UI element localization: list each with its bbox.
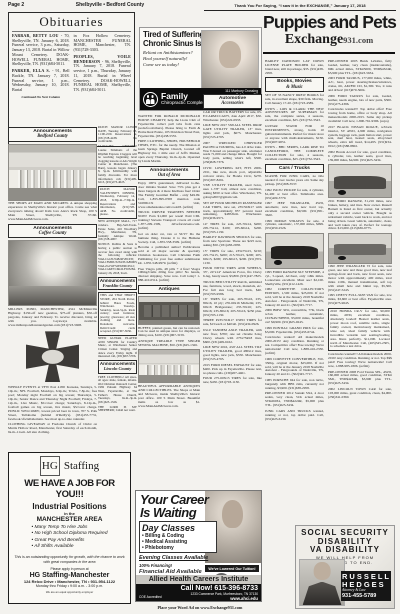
classified-item: SET OF 33 NANCY DREW BOOKS for sale, in … (265, 94, 324, 106)
ahci-headline-2: Is Waiting (140, 505, 196, 520)
section-header-line2: Accessories (205, 101, 261, 106)
classified-item: HARLEY DAVIDSON LAY DOWN LICENSE PLATE H… (265, 60, 324, 76)
hg-headline: WE HAVE A JOB FOR YOU!!! (13, 478, 126, 500)
classified-item: 2010 HONDA CR-V for sale, 90,000 miles, … (328, 308, 392, 352)
hedges-name-box: RUSSELL HEDGES Attorney At Law 931-455-5… (341, 571, 391, 601)
attorney-photo (299, 559, 345, 606)
classified-item: FREE CLOTHING, SHOES, HOUSEHOLD ITEMS, E… (138, 140, 200, 164)
ahci-class-list: • Billing & Coding• Medical Assisting• P… (142, 533, 214, 551)
classified-item: Got an older car, van or SUV? Do the hum… (138, 233, 200, 245)
classified-item: Enjoy 100% guaranteed, delivered to-the-… (138, 182, 200, 210)
classified-item: GUITAR STAND FOR 10 INSTRUMENTS, strong,… (265, 125, 324, 145)
classified-item: PRE-OWNED 2008 Ford Taurus SEL, AWD, 160… (328, 371, 392, 387)
masthead-title-block: Puppies and Pets Exchange931.com (263, 13, 395, 54)
classified-item: WANTED FOR RONALD MCDONALD HOUSE CHARITY… (138, 115, 200, 139)
section-header-line2: Lincoln County (100, 367, 136, 372)
section-header-antiques: Antiques (138, 285, 200, 294)
hg-apply-line: Please apply in person at (13, 567, 126, 571)
classified-item: SET OF FOUR MICHELIN PASSENGER CAR TIRES… (203, 202, 262, 222)
hg-positions: Industrial Positions (13, 502, 126, 511)
section-header-line2: Bedford County (10, 134, 96, 139)
section-header-cars-trucks: Cars / Trucks (265, 164, 324, 173)
col-3: WANTED FOR RONALD MCDONALD HOUSE CHARITY… (138, 115, 200, 410)
hg-logo: HG (40, 456, 60, 476)
classified-item: MILLERS POND, MANCHESTER, 4541 McMinnvil… (8, 308, 97, 328)
classified-item: 1990 JEEP WRANGLER TJ for sale, runs gre… (328, 265, 392, 293)
col-1: AnnouncementsBedford CountyTHE SHOPS AT … (8, 126, 97, 437)
hg-logo-row: HG Staffing (13, 456, 126, 476)
classified-item: $CASH$ FOR JUNK CARS, no title needed if… (265, 175, 324, 187)
classified-item: ANTIQUE TREADLE TYPE SINGER SEWING MACHI… (138, 340, 200, 348)
classified-item: FOUR 275-60X15 TIRES for sale, like new,… (203, 377, 262, 385)
classified-item: PRE-OWNED 2012 Suzuki SX4, 4 door sedan,… (265, 392, 324, 408)
classified-item: PATCH MANOR LUNCH DATE, Tuesday, Februar… (98, 126, 137, 144)
classified-item: 5'X8' UTILITY TRAILER, used twice, uses … (203, 184, 262, 200)
classified-item: 1969 CORVETTE CONVERTIBLE, 350-350hp, or… (265, 358, 324, 378)
hedges-phone: 931-455-5789 (342, 593, 390, 599)
classified-item: 2017 BLACK NISSAN ROGUE, w/black interio… (328, 126, 392, 150)
classified-item: THE SHOPS AT MAIN AND MCGREW. A unique s… (8, 202, 97, 222)
section-header-announcements-coffee: AnnouncementsCoffee County (8, 224, 97, 239)
classified-item: 1999 DODGE STRATUS for sale, 4 cylinder,… (265, 220, 324, 232)
classified-item: 2002 LINCOLN TOWN CAR for sale, 103,000 … (328, 388, 392, 400)
ahci-tuition-tab: We've Lowered Our Tuition! (205, 565, 259, 572)
ahci-class-item: • Phlebotomy (142, 545, 214, 551)
hg-company-name: HG Staffing-Manchester (13, 572, 126, 579)
obituary-entry: FARRAR, BETTY LOU - 70, Shelbyville, TN.… (12, 34, 70, 67)
photo-main-mcgrew-building (8, 144, 97, 201)
photo-millers-pond (8, 240, 97, 306)
sinus-sufferer-photo (201, 30, 259, 90)
classified-item: DVD'S - BBC SERIES, LARK RISE TO CANDLEF… (265, 146, 324, 162)
ahci-school-name: Allied Health Careers Institute (136, 575, 261, 584)
classified-item: Become a published author! Publications … (138, 246, 200, 266)
hg-bullet-list: • Many Temp To Hire Jobs• No High School… (31, 525, 107, 551)
word-ad-footer: Place your Word Ad on www.Exchange931.co… (130, 605, 270, 610)
page-number: Page 2 (8, 2, 24, 8)
photo-ford-ranger-1995 (265, 233, 324, 269)
section-header-announcements-bedford: AnnouncementsBedford County (8, 127, 97, 142)
section-title: Puppies and Pets (263, 13, 395, 32)
classified-item: THE LORD IS MY SHEPHERD; I shall not wan… (98, 406, 137, 413)
ad-sub-line1: Reliant on Antihistamines? (143, 50, 193, 55)
classified-item: WEEKLY EVENTS at VFW Post 4180: Karaoke,… (8, 386, 97, 421)
photo-antiques-building (138, 349, 200, 383)
obituary-entry: in Fox Hollow Cemetery. MANCHESTER FUNER… (74, 34, 132, 53)
classified-item: 2007 WRECKED CHRYSLER PACIFICA TOURING, … (203, 142, 262, 166)
classified-item: 1997 JEEP WRANGLER, 4WD, automatic, new … (265, 202, 324, 218)
ahci-phone: Call Now! 615-396-8733 (136, 585, 258, 592)
classified-item: 2006 FORD TAURUS for sale, loaded, leath… (328, 95, 392, 107)
family-figures-icon (143, 92, 158, 107)
thanks-tagline: Thank You For Saying, “I saw it in the E… (204, 3, 396, 11)
classified-item: NEED GUITAR PLAYER AND SINGER for Countr… (98, 337, 137, 358)
classified-item: 1985 PORSCHE 944 for sale, non turbo, bu… (265, 379, 324, 391)
classified-item: Free Viagra pills, 48 pills + 4 free! Vi… (138, 268, 200, 284)
ahci-headline: Your Career Is Waiting (136, 491, 261, 519)
photo-jeep-wrangler-1990 (328, 233, 392, 264)
brand-word: Exchange (285, 32, 343, 47)
section-header-announcements-franklin: AnnouncementsFranklin County (98, 277, 137, 290)
classified-item: CLOTHING GIVEAWAY at Fredonia Church of … (8, 423, 97, 435)
ahci-evening-line: Evening Classes Available (139, 555, 261, 561)
classified-item: FOUR NITTO TIRES AND WHEELS, 33", 24"x14… (203, 267, 262, 279)
hg-hours: Monday thru Friday • 9:00 a.m. - 3:00 p.… (13, 584, 126, 588)
family-brand-sub: Chiropractic Complex (161, 101, 205, 106)
classified-item: 16" TIRES for sale, 265-70x16, 235-80x16… (203, 298, 262, 318)
classified-item: 2015 FORD DIESEL EXHAUST for sale, $400.… (203, 364, 262, 376)
classified-item: CIVIC LOWERING KIT, FITS 2006-2011, like… (203, 167, 262, 183)
hg-eoe-line: We are an equal opportunity employer (13, 590, 126, 594)
ad-sub-line2: Heal yourself naturally! (143, 56, 187, 61)
classified-item: DVD'S - LOIS & CLARK: THE NEW ADVENTURES… (265, 108, 324, 124)
classified-item: LIKE NEW 2017 5X8 ALL STEEL DROP GATE UT… (203, 124, 262, 140)
classified-item: 1995 CHEVY FULL-SIZE VAN for sale, low m… (328, 294, 392, 306)
ahci-accreditation: COE Accredited (139, 595, 162, 599)
classified-item: JUNK CARS AND TRUCKS wanted, running or … (265, 410, 324, 422)
classified-item: NEW ANTIQUE MALL, 71+ vendors. Buy-Sell-… (98, 220, 137, 241)
classified-item: LIKE NEW 2016, 4'x8' ALL STEEL TILT UTIL… (203, 346, 262, 362)
classified-item: CLOGGING LESSONS! Louise Simmons of the … (98, 145, 137, 184)
classified-item: Cars/trucks wanted!!! All makes/models 2… (328, 353, 392, 369)
classified-item: 2011 FORD RANGER, 31,216 miles, new brak… (328, 200, 392, 232)
classified-item: 1982 CORVETTE COLLECTOR'S EDITION, 1,500… (265, 288, 324, 308)
section-header-line2: Franklin County (100, 284, 136, 289)
section-header-line2: & Music (267, 85, 323, 90)
section-header-automotive-accessories: AutomotiveAccessories (203, 94, 262, 109)
classified-item: 2002 Honda Accord for sale, good conditi… (328, 151, 392, 163)
continued-note: Continued On Next Column (12, 95, 70, 99)
hg-bullet: • All Shifts Available (31, 544, 107, 550)
ahci-day-classes-title: Day Classes (142, 523, 214, 533)
col-6: PRE-OWNED 2005 Buick LeSabre, fully load… (328, 60, 392, 401)
hg-area: MANCHESTER AREA (13, 516, 126, 523)
hedges-title: Attorney At Law (342, 588, 390, 592)
classified-item: BEAUTIFUL AFFORDABLE ANTIQUES AND COLLEC… (138, 385, 200, 409)
section-header-line1: Antiques (140, 287, 199, 292)
obituaries-title: Obituaries (12, 14, 131, 32)
hedges-line-3: VA DISABILITY (296, 546, 394, 555)
classified-item: 6'x14' TANDEM AXLE TRAILER, with new flo… (203, 329, 262, 345)
classified-item: 2003 FORD TAURUS, 177,000 miles, white, … (328, 77, 392, 93)
section-header-books-movies-music: Books, Movies& Music (265, 77, 324, 92)
title-divider (263, 52, 395, 54)
photo-ford-ranger-2011 (328, 164, 392, 198)
photo-buffet (138, 296, 200, 324)
col-5: HARLEY DAVIDSON LAY DOWN LICENSE PLATE H… (265, 60, 324, 423)
obituaries-columns: FARRAR, BETTY LOU - 70, Shelbyville, TN.… (12, 34, 131, 99)
ahci-day-classes-box: Day Classes • Billing & Coding• Medical … (139, 521, 217, 553)
classified-item: 15" TIRES for sale, 235x75x15, $150; 225… (203, 250, 262, 266)
hedges-last-name: HEDGES (342, 581, 390, 589)
section-header-line1: Cars / Trucks (267, 166, 323, 171)
section-header-line2: Coffee County (10, 231, 96, 236)
classified-item: 2006 BMW 325i, convertible, 77K, black w… (265, 309, 324, 325)
classified-item: THREE P235/55/R17 USED TIRES for sale, $… (203, 319, 262, 327)
classified-item: HARLEY DAVIDSON SHOCKS for sale, from ne… (203, 236, 262, 248)
ad-sub-line3: Come see us today! (143, 62, 179, 67)
section-header-announcements-lincoln: AnnouncementsLincoln County (98, 360, 137, 373)
classified-item: 1999 PONTIAC GRAND PRIX for sale, $3,000… (265, 327, 324, 335)
paper-brand: Exchange931.com (263, 32, 395, 48)
brand-suffix: 931.com (343, 35, 373, 45)
classified-item: 14" TIRES for sale, 225-70x14, $200; 205… (203, 223, 262, 235)
vfw-emblem (15, 329, 90, 384)
classified-item: THIS and THAT THRIFT STORE, 204 North Po… (98, 292, 137, 335)
col-2: PATCH MANOR LUNCH DATE, Tuesday, Februar… (98, 126, 137, 414)
classified-item: BUFFET, painted green, but can be restor… (138, 327, 200, 339)
classified-item: TRUCK DRIVER TRAINEES NEEDED NOW! Earn $… (138, 211, 200, 231)
classified-item: TRUCK BED UTILITY RACK, unlimited use, f… (203, 281, 262, 297)
family-brand: Family Chiropractic Complex (161, 92, 205, 105)
classified-item: CAR OR TRUCK BATTERY for sale, 65-E/CARM… (203, 111, 262, 123)
hg-logo-text: Staffing (64, 460, 99, 472)
hg-bullet: • No High School Diploma Required (31, 531, 107, 537)
region-label: Shelbyville • Bedford County (55, 2, 165, 8)
classified-item: 1992 ISUZU PICKUP for sale, 4 cylinder, … (265, 189, 324, 201)
classified-item: FREE CLOTHING! All sizes-all ages: male,… (98, 376, 137, 405)
classified-item: 1995 FORD RANGER XLT STEPSIDE, 4 cyl., 5… (265, 271, 324, 287)
obituary-entry: PEOPLES, VOILE HENDERSON - 96, Shelbyvil… (74, 55, 132, 93)
obituary-column: FARRAR, BETTY LOU - 70, Shelbyville, TN.… (12, 34, 70, 99)
classified-item: PATCH MANOR VALENTINE'S DINNER, Wednesda… (98, 186, 137, 219)
russell-hedges-ad: SOCIAL SECURITY DISABILITY VA DISABILITY… (295, 525, 395, 609)
classified-item: PRE-OWNED 2005 Buick LeSabre, fully load… (328, 60, 392, 76)
col-4: AutomotiveAccessoriesCAR OR TRUCK BATTER… (203, 93, 262, 387)
obituary-entry: PARKER, ELLA S. - 91, Bell Buckle, TN. J… (12, 69, 70, 93)
classified-item: Cars/trucks wanted!!! Top dollar offer! … (328, 108, 392, 124)
hg-note: This is an outstanding opportunity for g… (13, 555, 126, 564)
classified-item: NOTICE. Rollins & Sons is having a publi… (98, 243, 137, 275)
section-header-announcements-out-of-area: AnnouncementsOut of Area (138, 166, 200, 181)
classified-item: Cars/trucks wanted! All make/models 2000… (265, 336, 324, 356)
newspaper-page: Page 2 Shelbyville • Bedford County Than… (0, 0, 400, 614)
hg-staffing-ad: HG Staffing WE HAVE A JOB FOR YOU!!! Ind… (8, 452, 131, 604)
obituary-column: in Fox Hollow Cemetery. MANCHESTER FUNER… (74, 34, 132, 99)
section-header-line2: Out of Area (140, 173, 199, 178)
ahci-career-ad: Your Career Is Waiting Day Classes • Bil… (135, 490, 262, 602)
